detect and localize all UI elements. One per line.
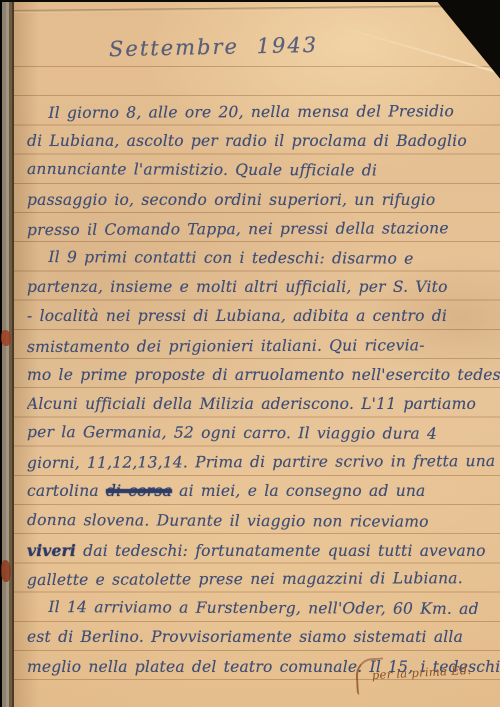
handwritten-line: di Lubiana, ascolto per radio il proclam…	[27, 127, 500, 156]
spine-red-mark	[1, 330, 11, 346]
spine-red-mark	[1, 560, 11, 582]
handwritten-line: smistamento dei prigionieri italiani. Qu…	[27, 330, 500, 361]
handwritten-line: - località nei pressi di Lubiana, adibit…	[27, 302, 500, 331]
scanned-diary-page: Settembre 1943 Il giorno 8, alle ore 20,…	[0, 0, 500, 707]
handwritten-line: Il giorno 8, alle ore 20, nella mensa de…	[27, 97, 500, 128]
handwritten-line: Il 14 arriviamo a Furstenberg, nell'Oder…	[27, 593, 500, 624]
page-title: Settembre 1943	[109, 33, 319, 61]
handwritten-line: Il 9 primi contatti con i tedeschi: disa…	[27, 243, 500, 274]
handwritten-line: partenza, insieme e molti altri ufficial…	[27, 273, 500, 302]
handwritten-line: presso il Comando Tappa, nei pressi dell…	[27, 214, 500, 245]
handwritten-line: est di Berlino. Provvisoriamente siamo s…	[27, 623, 500, 652]
handwritten-line: mo le prime proposte di arruolamento nel…	[27, 361, 500, 390]
paper-top-crease	[13, 6, 442, 13]
handwritten-line: annunciante l'armistizio. Quale ufficial…	[27, 155, 500, 186]
marginal-note-text: per la prima Ed.	[372, 663, 472, 682]
handwritten-line: Alcuni ufficiali della Milizia aderiscon…	[27, 390, 500, 419]
scan-background-strip	[0, 0, 500, 2]
handwritten-line: per la Germania, 52 ogni carro. Il viagg…	[27, 418, 500, 449]
handwriting-lines: Il giorno 8, alle ore 20, nella mensa de…	[27, 98, 500, 682]
handwritten-line: cartolina di corsa ai miei, e la consegn…	[27, 477, 500, 506]
handwritten-line: passaggio io, secondo ordini superiori, …	[27, 186, 500, 215]
handwritten-line: donna slovena. Durante il viaggio non ri…	[27, 506, 500, 537]
paper-sheet: Settembre 1943 Il giorno 8, alle ore 20,…	[13, 1, 500, 707]
book-spine-edge	[0, 0, 14, 707]
handwritten-line: viveri dai tedeschi: fortunatamente quas…	[27, 536, 500, 565]
handwritten-line: giorni, 11,12,13,14. Prima di partire sc…	[27, 447, 500, 478]
handwritten-line: gallette e scatolette prese nei magazzin…	[27, 564, 500, 595]
